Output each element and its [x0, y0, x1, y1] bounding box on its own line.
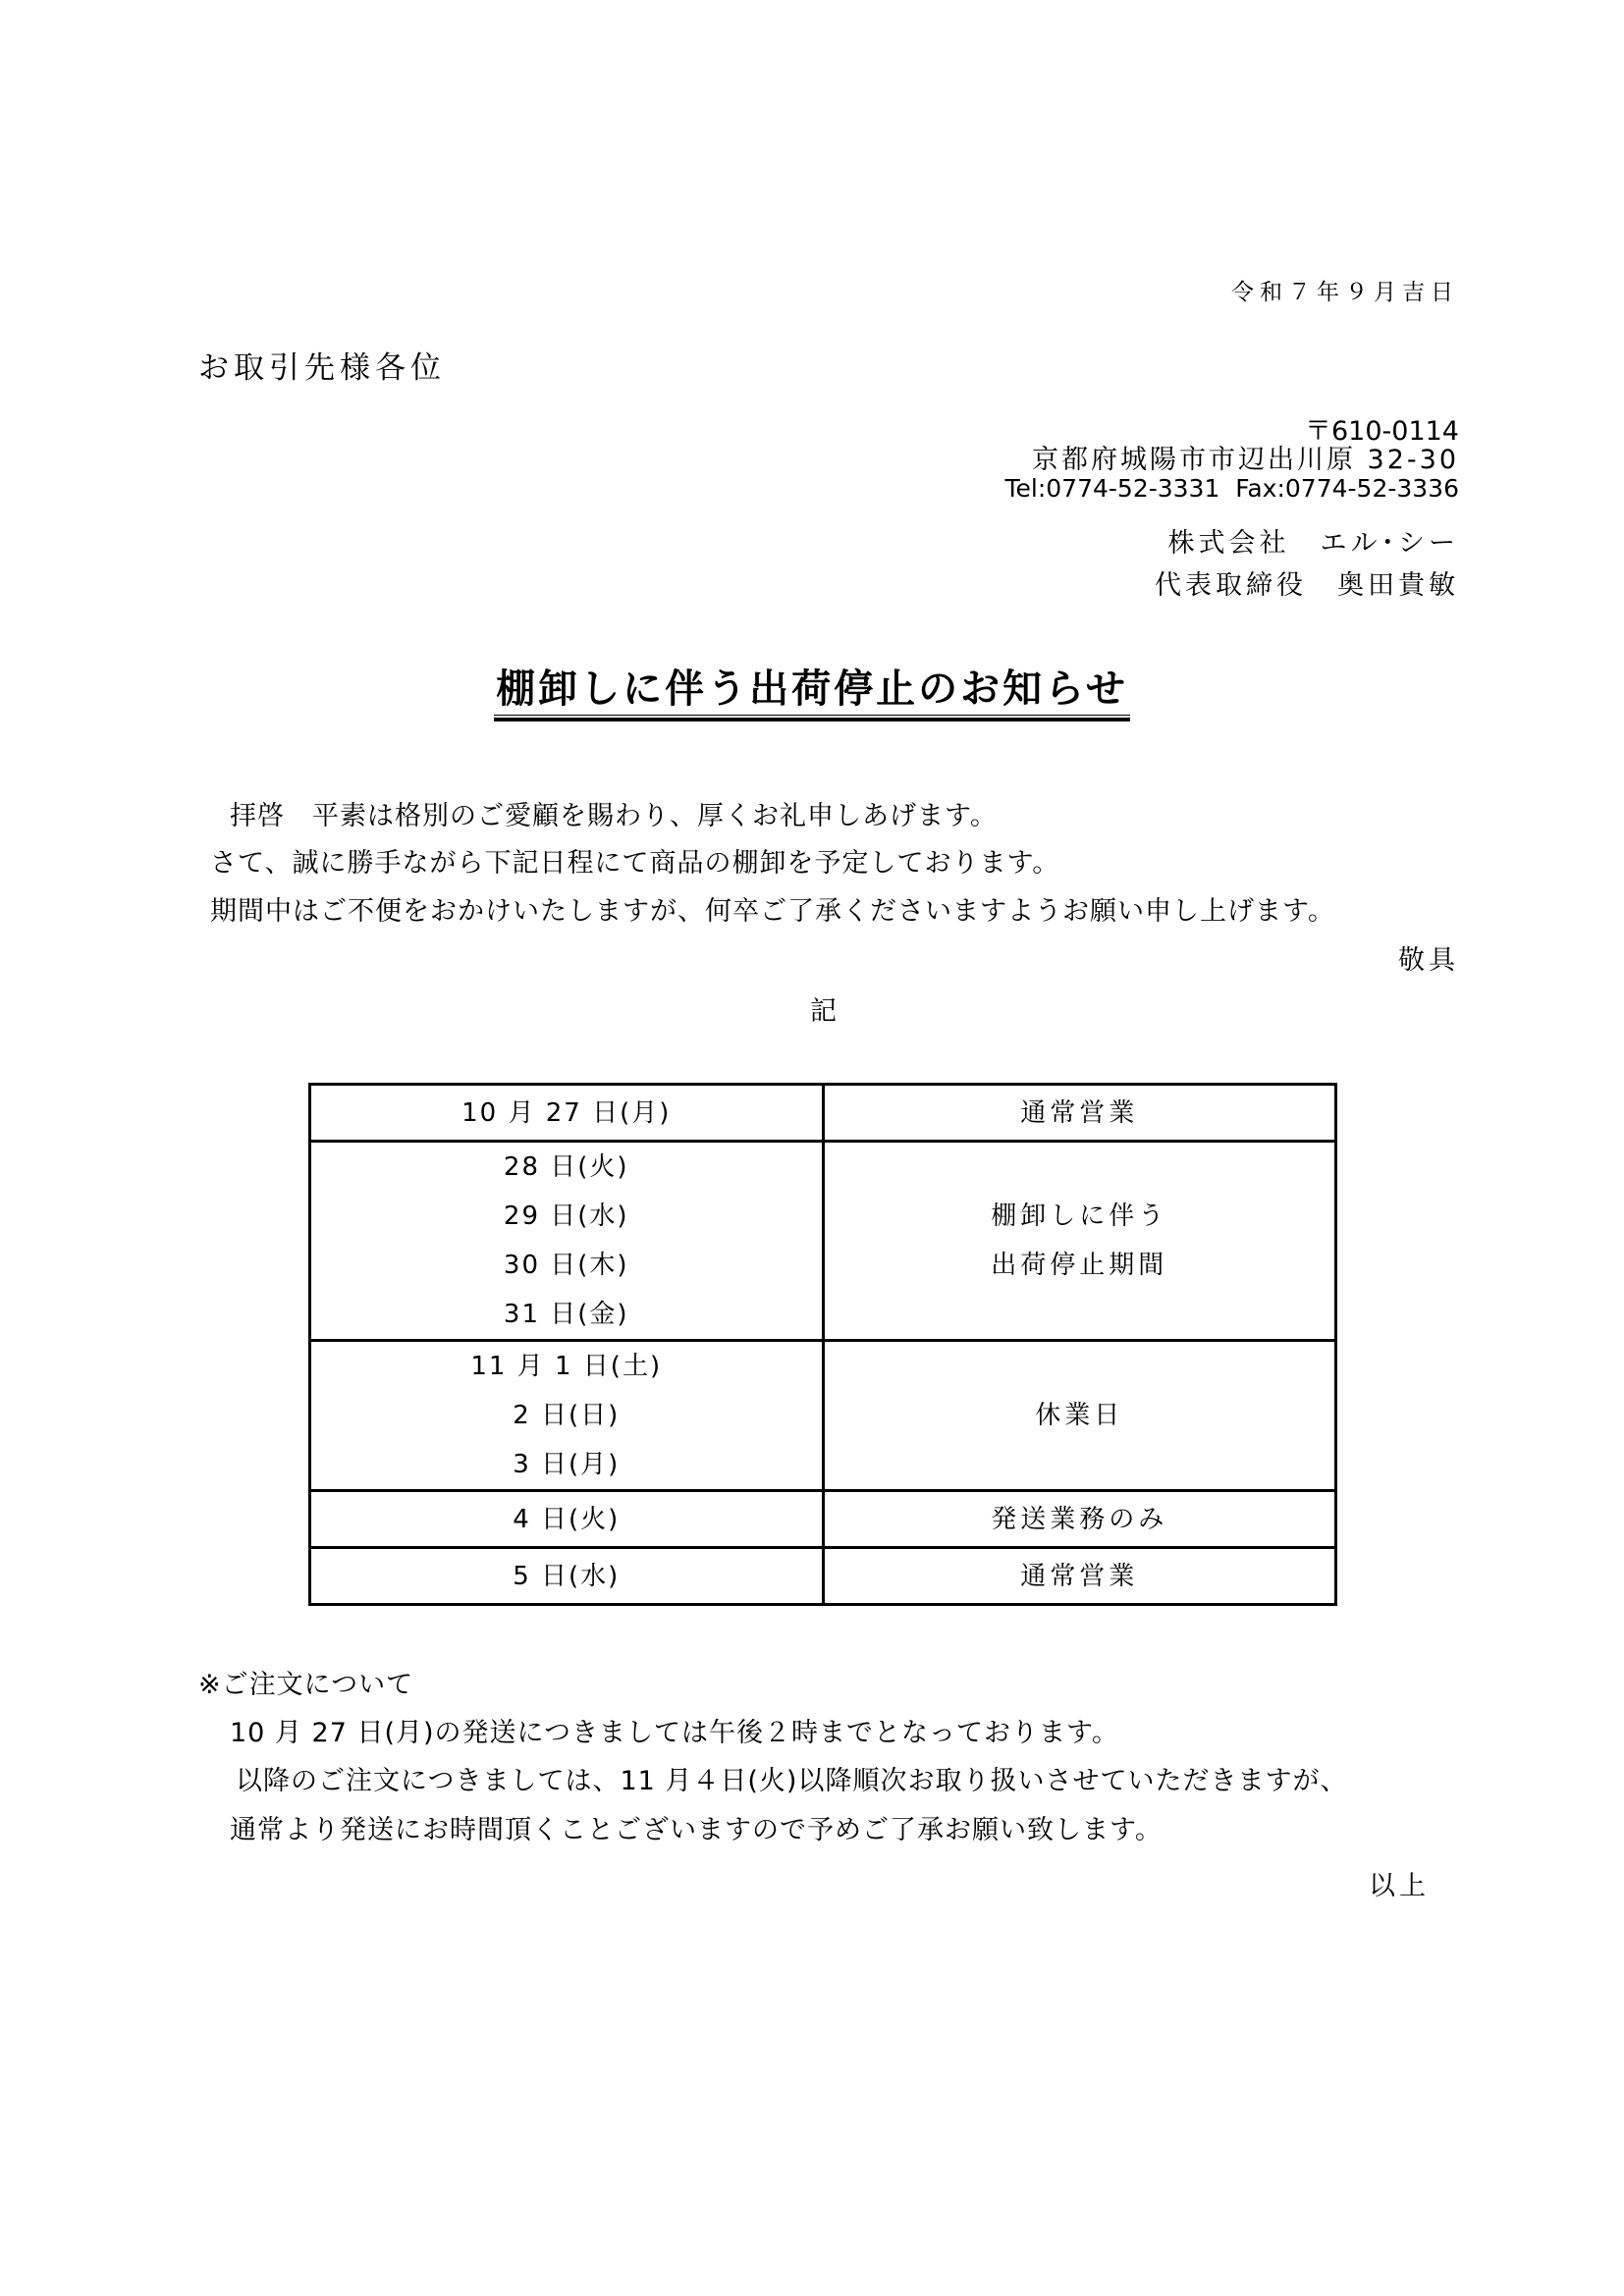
notes-line-1: 10 月 27 日(月)の発送につきましては午後２時までとなっております。 — [230, 1720, 1119, 1746]
table-row: 10 月 27 日(月) 通常営業 — [310, 1085, 1336, 1142]
table-row: 11 月 1 日(土) 2 日(日) 3 日(月) 休業日 — [310, 1341, 1336, 1491]
sender-address: 京都府城陽市市辺出川原 32-30 — [1032, 447, 1459, 473]
closing-ijou: 以上 — [1369, 1873, 1430, 1899]
date-cell: 10 月 27 日(月) — [310, 1085, 824, 1142]
sender-representative: 代表取締役 奥田貴敏 — [1155, 572, 1459, 599]
status-cell: 通常営業 — [823, 1085, 1336, 1142]
date-cell: 11 月 1 日(土) 2 日(日) 3 日(月) — [310, 1341, 824, 1491]
notes-heading: ※ご注文について — [198, 1672, 413, 1698]
sender-postal-code: 〒610-0114 — [1305, 418, 1459, 445]
sender-company: 株式会社 エル･シー — [1168, 530, 1460, 557]
table-row: 5 日(水) 通常営業 — [310, 1548, 1336, 1605]
closing-keigu: 敬具 — [1398, 947, 1459, 974]
status-cell: 発送業務のみ — [823, 1491, 1336, 1548]
document-date: 令和７年９月吉日 — [1231, 282, 1459, 304]
table-row: 4 日(火) 発送業務のみ — [310, 1491, 1336, 1548]
sender-tel-fax: Tel:0774-52-3331 Fax:0774-52-3336 — [1005, 476, 1460, 501]
status-cell: 棚卸しに伴う 出荷停止期間 — [823, 1142, 1336, 1341]
notes-line-3: 通常より発送にお時間頂くことございますので予めご了承お願い致します。 — [230, 1817, 1163, 1843]
table-row: 28 日(火) 29 日(水) 30 日(木) 31 日(金) 棚卸しに伴う 出… — [310, 1142, 1336, 1341]
date-cell: 5 日(水) — [310, 1548, 824, 1605]
ki-marker: 記 — [810, 998, 837, 1025]
status-cell: 休業日 — [823, 1341, 1336, 1491]
body-line-3: 期間中はご不便をおかけいたしますが、何卒ご了承くださいますようお願い申し上げます… — [210, 898, 1335, 925]
document-title: 棚卸しに伴う出荷停止のお知らせ — [494, 669, 1130, 719]
date-cell: 28 日(火) 29 日(水) 30 日(木) 31 日(金) — [310, 1142, 824, 1341]
recipient-salutation: お取引先様各位 — [198, 353, 446, 384]
notes-line-2: 以降のご注文につきましては、11 月４日(火)以降順次お取り扱いさせていただきま… — [236, 1768, 1347, 1794]
date-cell: 4 日(火) — [310, 1491, 824, 1548]
status-cell: 通常営業 — [823, 1548, 1336, 1605]
body-line-1: 拝啓 平素は格別のご愛顧を賜わり、厚くお礼申しあげます。 — [230, 803, 998, 829]
title-container: 棚卸しに伴う出荷停止のお知らせ — [0, 669, 1624, 719]
schedule-table: 10 月 27 日(月) 通常営業 28 日(火) 29 日(水) 30 日(木… — [308, 1083, 1337, 1606]
body-line-2: さて、誠に勝手ながら下記日程にて商品の棚卸を予定しております。 — [210, 850, 1059, 877]
